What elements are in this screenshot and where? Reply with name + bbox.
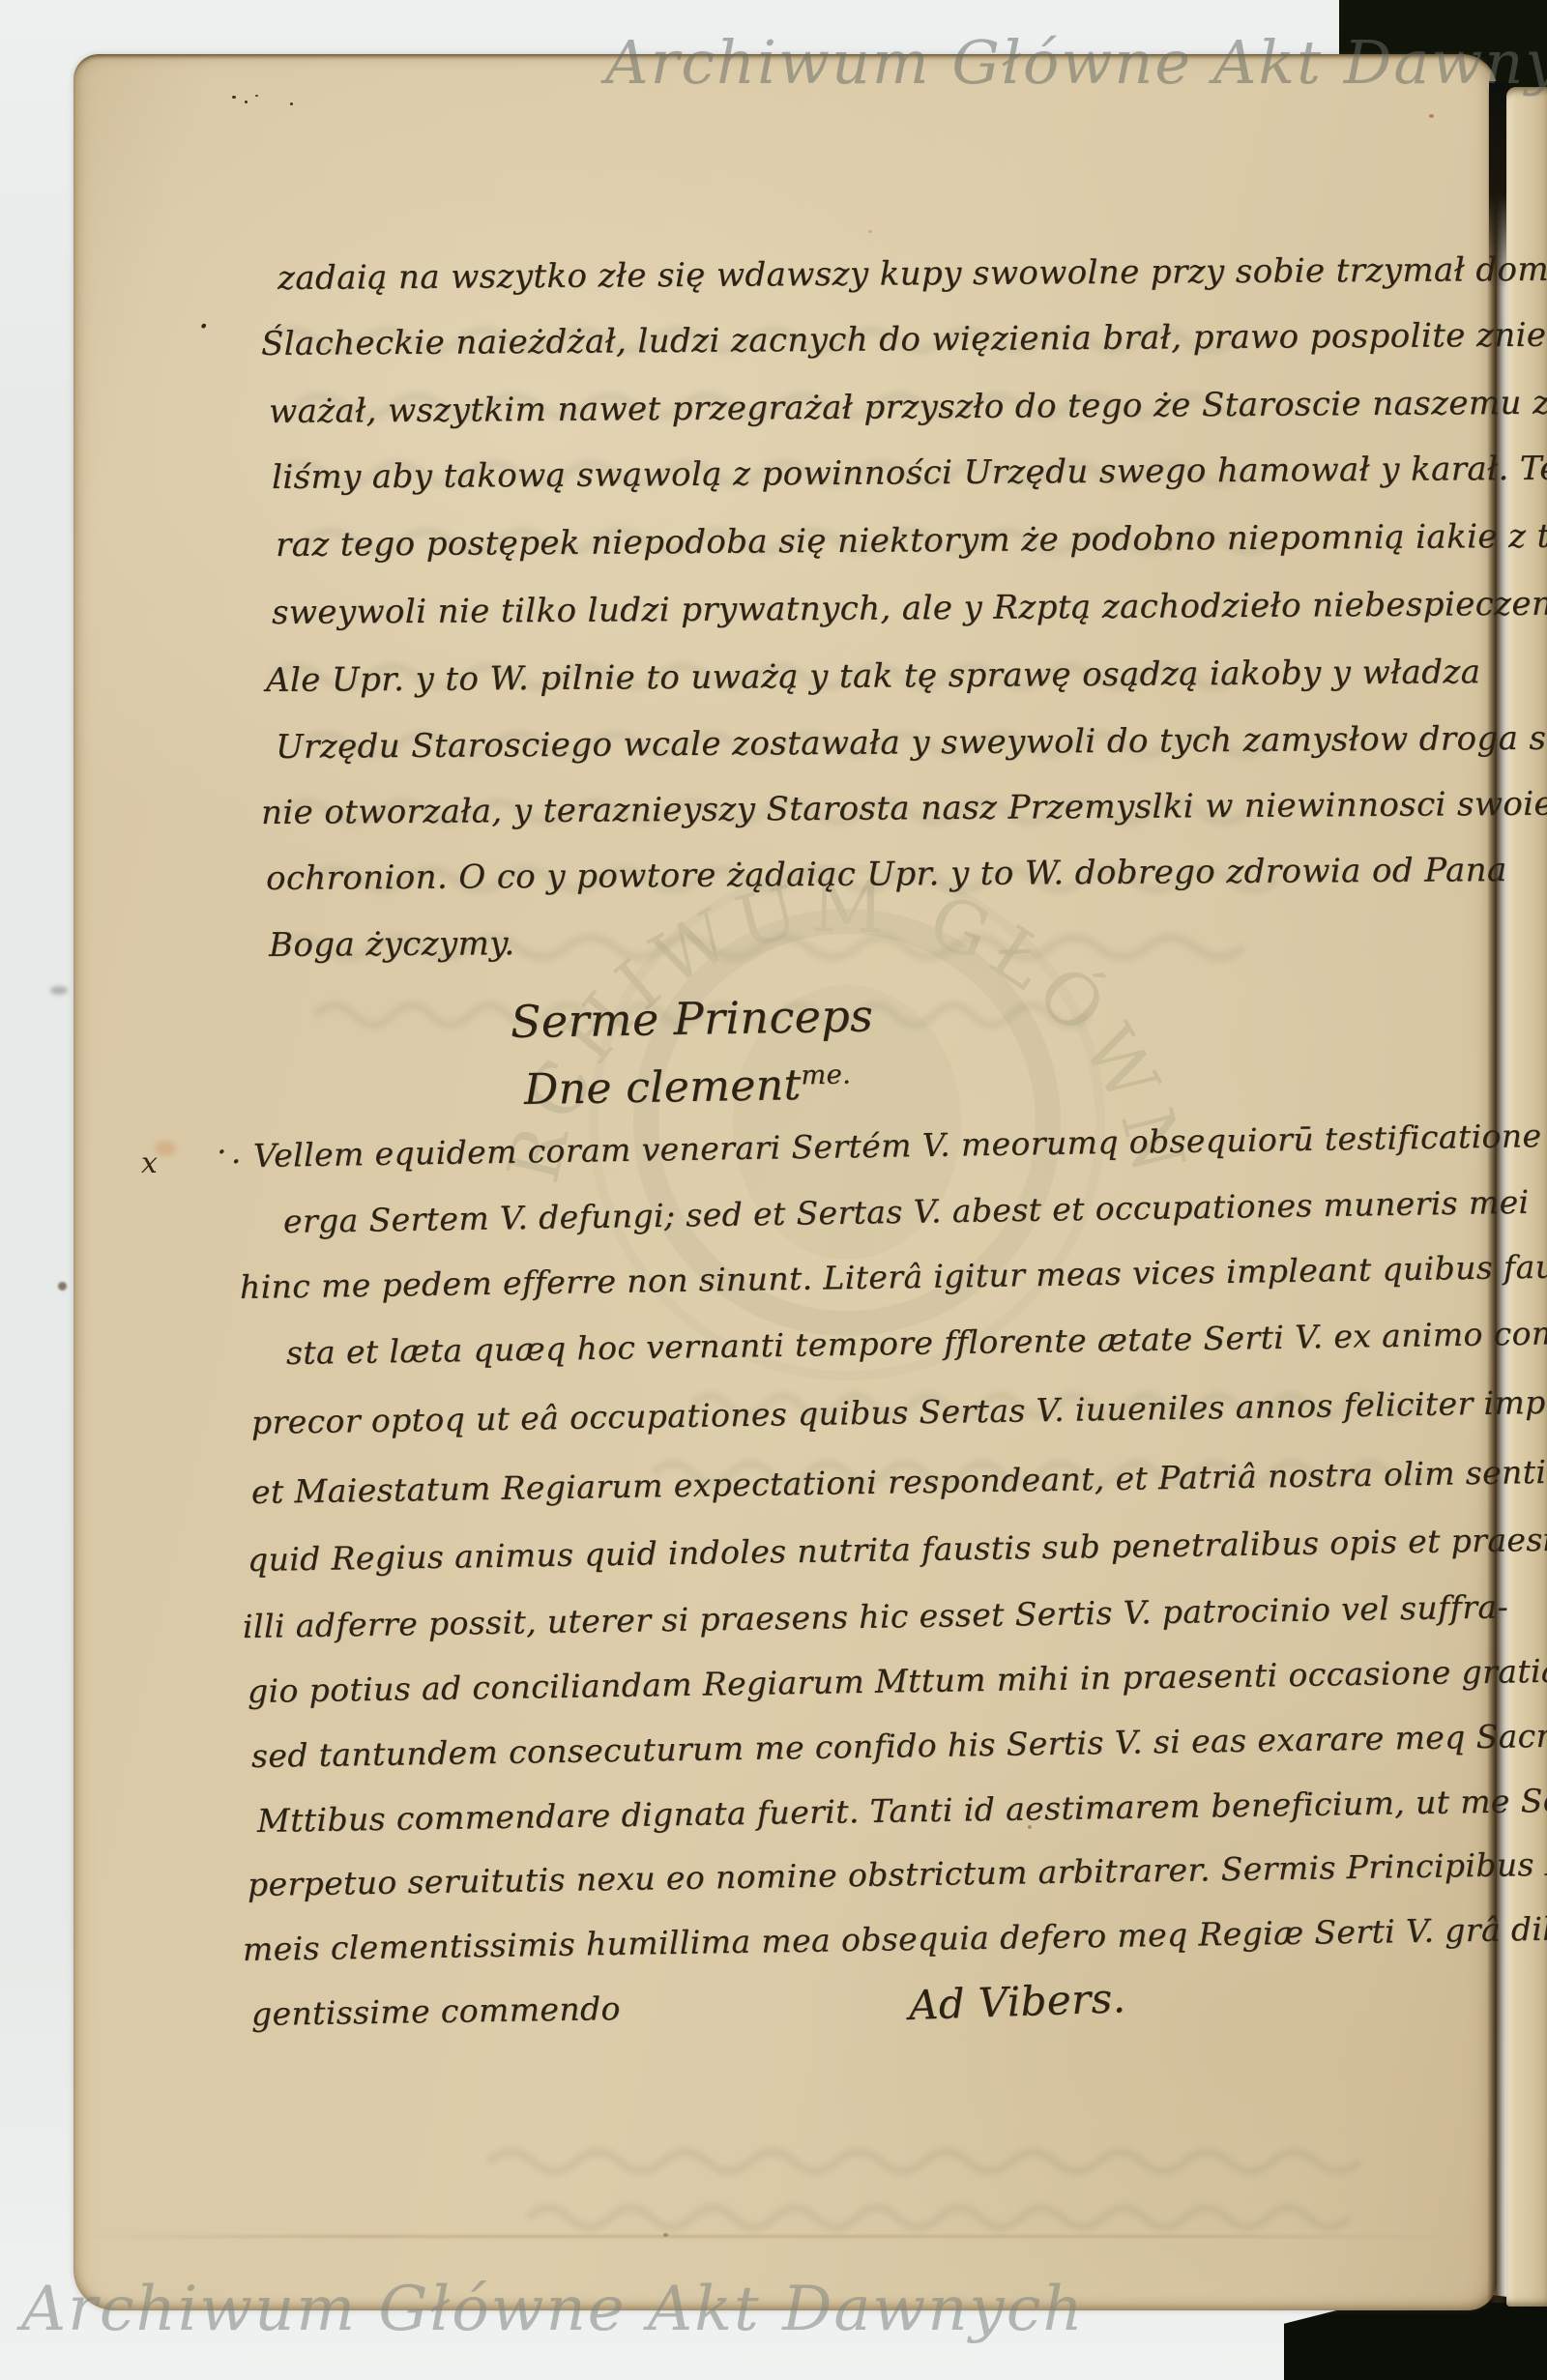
salutation-line-2-main: Dne clement — [524, 1060, 802, 1115]
margin-dots-mark: ·. — [217, 1133, 246, 1172]
stain — [58, 1282, 67, 1291]
margin-dot-mark: · — [198, 307, 209, 347]
ink-speck — [245, 101, 248, 103]
salutation-line-2: Dne clementme. — [524, 1059, 852, 1115]
salutation-line-1: Serme Princeps — [511, 989, 874, 1048]
signature: Ad Vibers. — [908, 1974, 1126, 2029]
salutation-superscript: me. — [801, 1059, 851, 1090]
scanned-manuscript-page: ARCHIWUM GŁÓWNE zadaią na wszytko złe s — [0, 0, 1547, 2380]
ink-speck — [232, 96, 236, 99]
ink-speck — [290, 102, 293, 105]
stain — [50, 986, 68, 995]
manuscript-line: gentissime commendo — [251, 1989, 621, 2033]
stain — [1429, 114, 1434, 118]
stain — [1168, 547, 1172, 551]
ink-speck — [255, 95, 258, 97]
manuscript-line: Boga życzymy. — [269, 924, 515, 965]
stain — [663, 2233, 668, 2237]
stain — [155, 1141, 176, 1156]
stain — [1028, 1825, 1032, 1829]
stain — [868, 230, 872, 233]
